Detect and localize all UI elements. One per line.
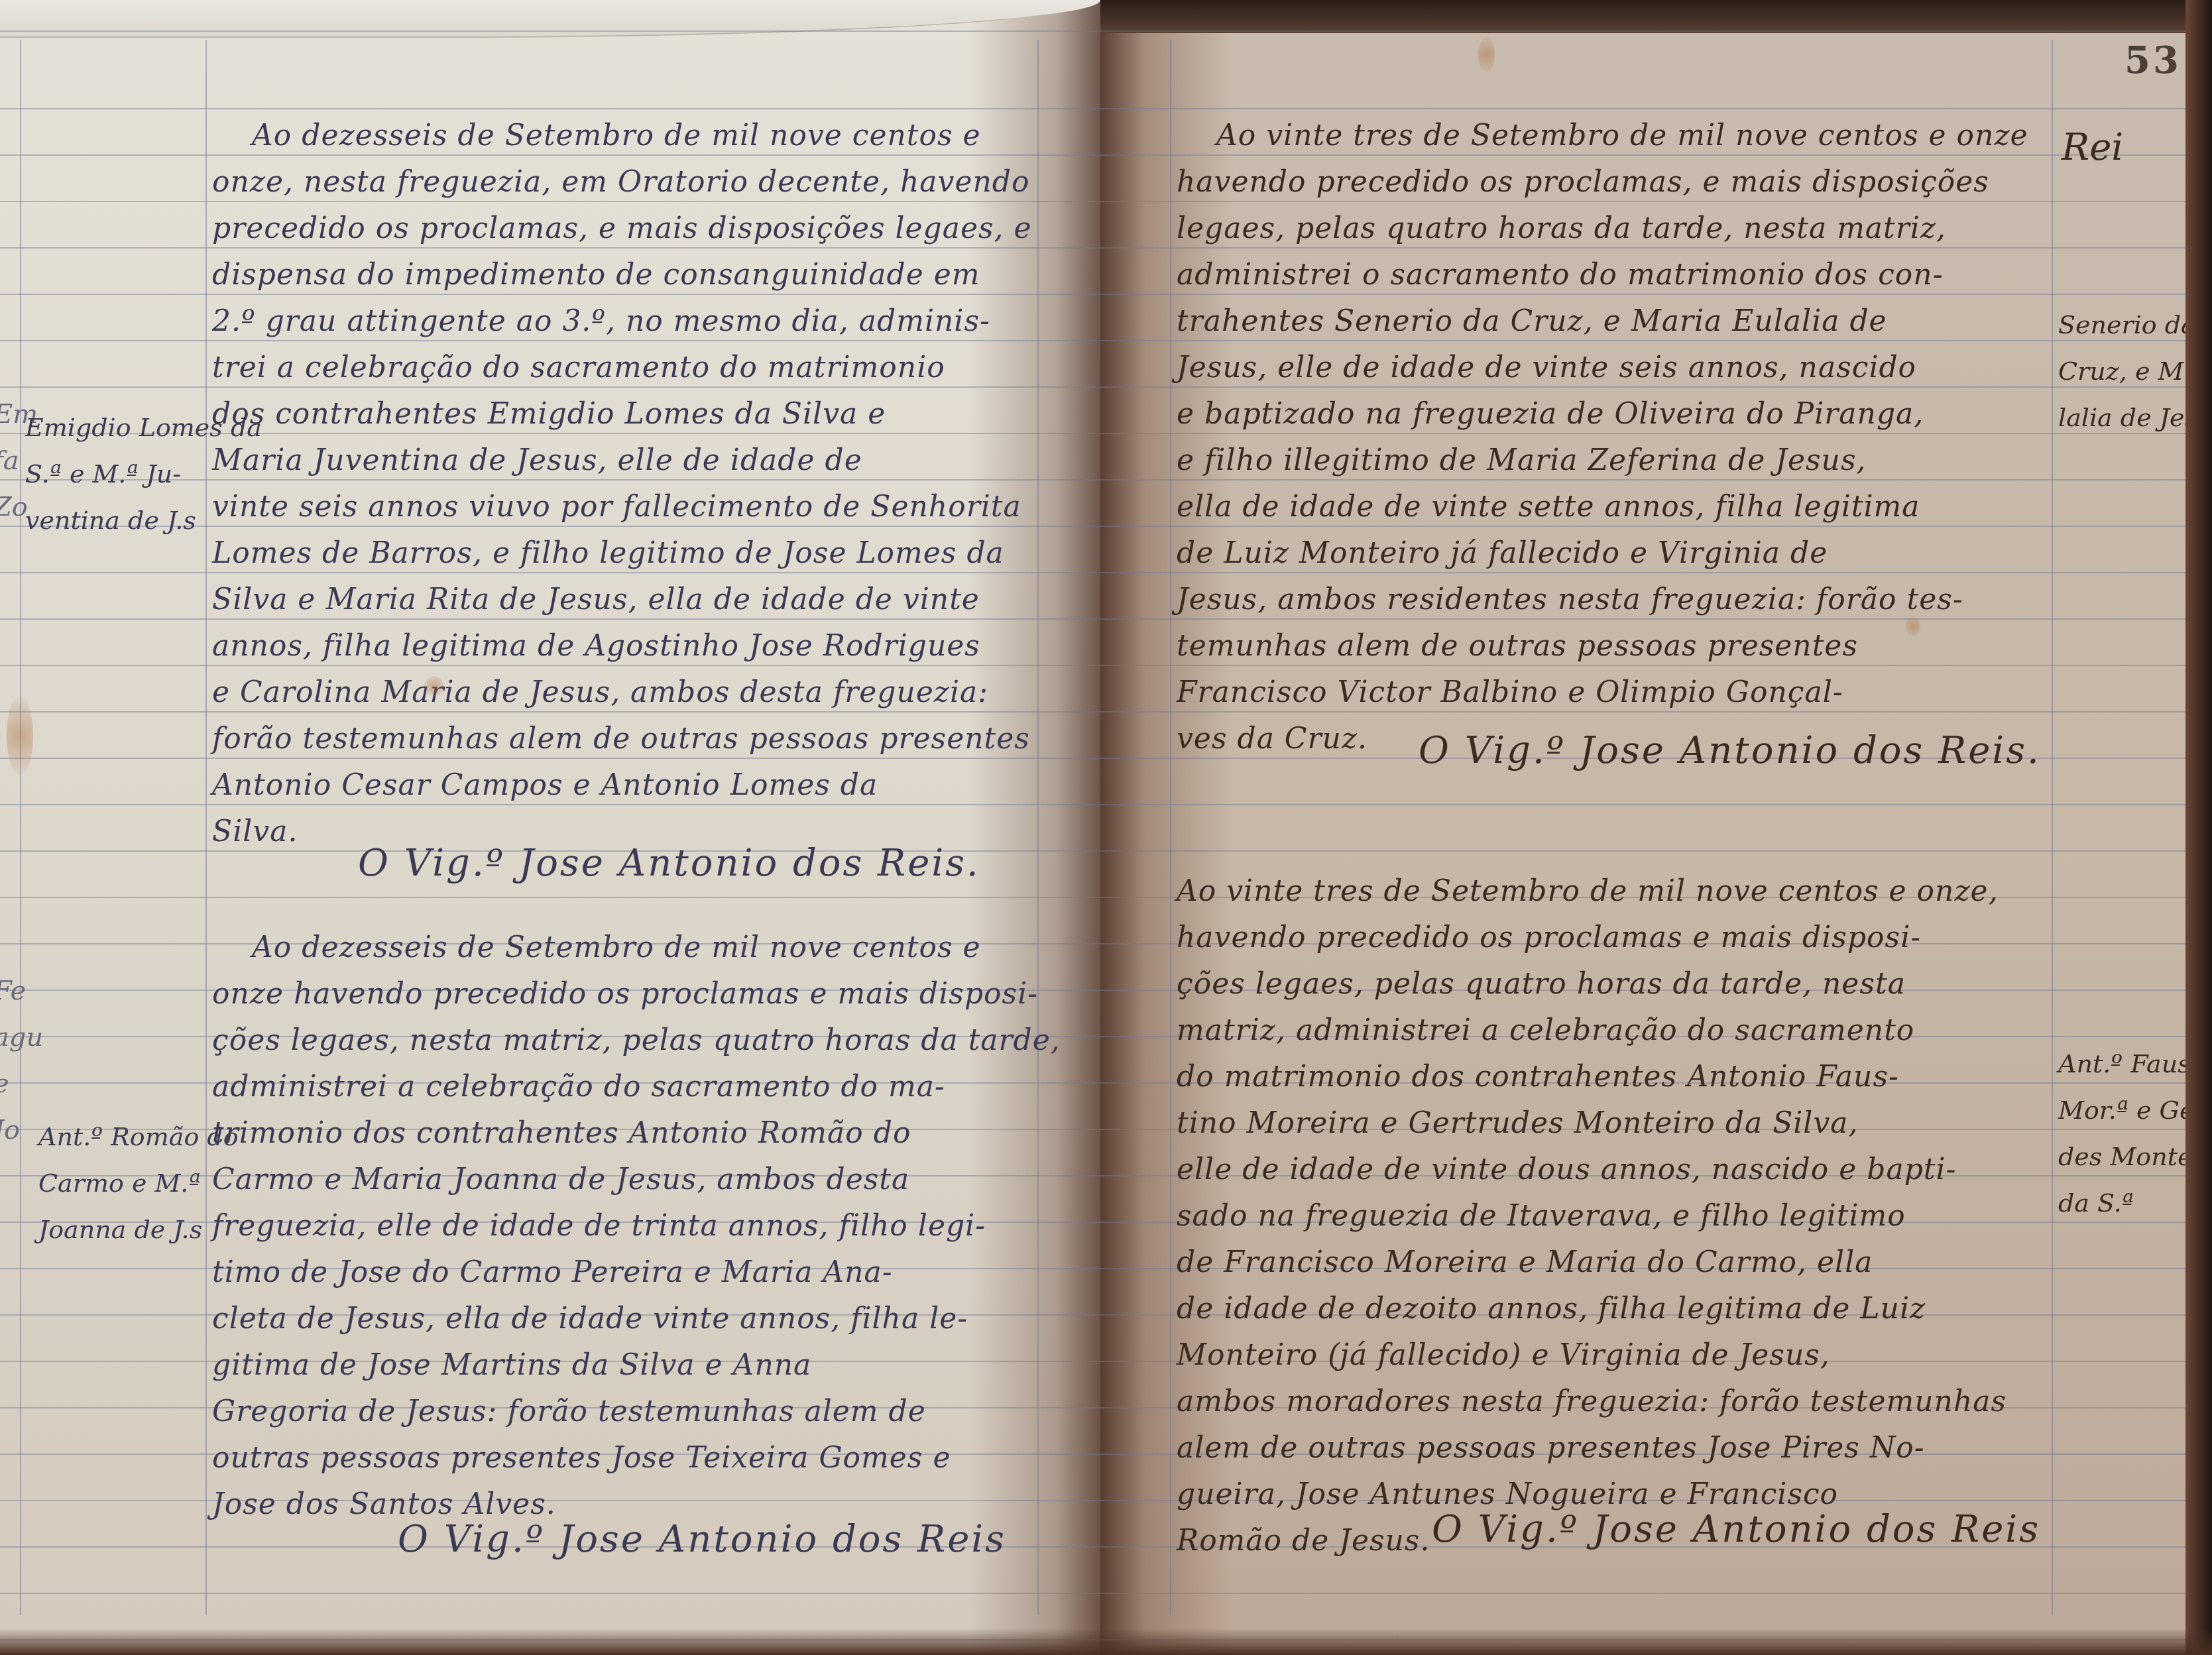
- priest-signature: O Vig.º Jose Antonio dos Reis: [398, 1518, 1006, 1561]
- paper-stain: [1906, 616, 1920, 636]
- book-bottom-edge: [0, 1628, 2212, 1655]
- top-right-annotation: Rei: [2062, 126, 2123, 169]
- margin-note-entry-2: Ant.º Romão do Carmo e M.ª Joanna de J.s: [38, 1113, 239, 1253]
- left-page: Em fa Zo Fe agu e Jo Emigdio Lomes da S.…: [0, 0, 1100, 1655]
- priest-signature: O Vig.º Jose Antonio dos Reis.: [358, 842, 980, 885]
- book-cover-edge: [2185, 0, 2212, 1655]
- right-page: 53 Rei Ao vinte tres de Setembro de mil …: [1100, 0, 2212, 1655]
- edge-fragment-text: Fe agu e Jo: [0, 968, 43, 1153]
- marriage-entry-3: Ao vinte tres de Setembro de mil nove ce…: [1177, 113, 2028, 762]
- priest-signature: O Vig.º Jose Antonio dos Reis: [1432, 1508, 2040, 1551]
- priest-signature: O Vig.º Jose Antonio dos Reis.: [1419, 729, 2041, 772]
- marriage-entry-4: Ao vinte tres de Setembro de mil nove ce…: [1177, 868, 2007, 1564]
- paper-stain: [7, 696, 33, 775]
- left-margin-rule: [1170, 40, 1171, 1615]
- right-margin-rule: [2052, 40, 2053, 1615]
- paper-stain: [424, 676, 444, 696]
- open-register-book: Em fa Zo Fe agu e Jo Emigdio Lomes da S.…: [0, 0, 2212, 1655]
- marriage-entry-2: Ao dezesseis de Setembro de mil nove cen…: [212, 925, 1061, 1528]
- paper-stain: [1478, 36, 1495, 73]
- margin-rule: [205, 40, 207, 1615]
- page-edge-rule: [20, 40, 21, 1615]
- page-number: 53: [2125, 38, 2182, 82]
- marriage-entry-1: Ao dezesseis de Setembro de mil nove cen…: [212, 113, 1032, 855]
